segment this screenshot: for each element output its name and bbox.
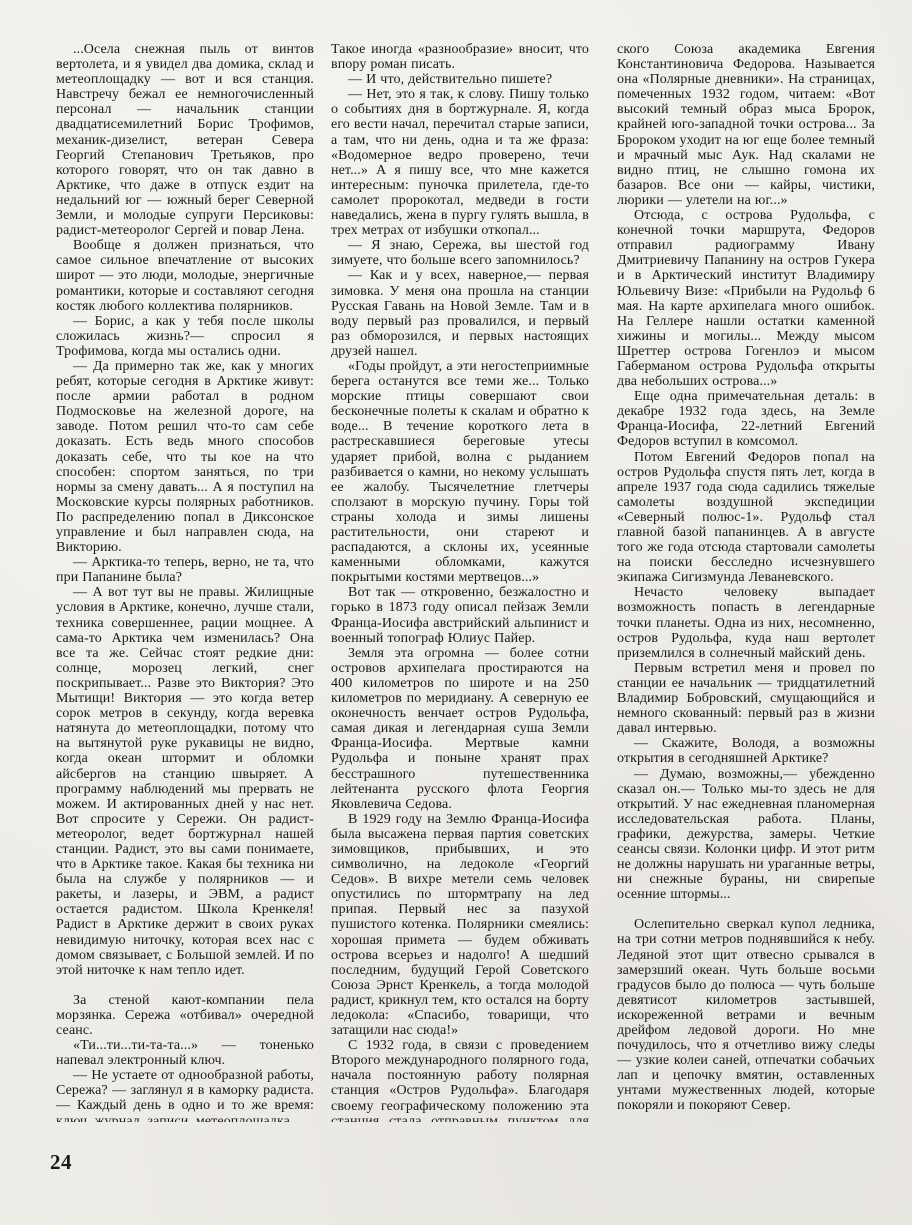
paragraph: — Борис, а как у тебя после школы сложил… (56, 314, 314, 359)
paragraph: — Думаю, возможны,— убежденно сказал он.… (617, 767, 875, 903)
paragraph: — Скажите, Володя, а возможны открытия в… (617, 736, 875, 766)
paragraph: Еще одна примечательная деталь: в декабр… (617, 389, 875, 449)
paragraph: — Да примерно так же, как у многих ребят… (56, 359, 314, 555)
text-column-2: Такое иногда «разнообразие» вносит, что … (331, 42, 589, 1122)
paragraph: Первым встретил меня и провел по станции… (617, 661, 875, 736)
paragraph: Нечасто человеку выпадает возможность по… (617, 585, 875, 660)
paragraph: Ослепительно сверкал купол ледника, на т… (617, 917, 875, 1113)
paragraph: С 1932 года, в связи с проведением Второ… (331, 1038, 589, 1122)
paragraph: — Арктика-то теперь, верно, не та, что п… (56, 555, 314, 585)
paragraph: — А вот тут вы не правы. Жилищные услови… (56, 585, 314, 977)
paragraph-continuation: Такое иногда «разнообразие» вносит, что … (331, 42, 589, 72)
magazine-page: ...Осела снежная пыль от винтов вертолет… (0, 0, 912, 1225)
paragraph: «Ти...ти...ти-та-та...» — тоненько напев… (56, 1038, 314, 1068)
paragraph: ...Осела снежная пыль от винтов вертолет… (56, 42, 314, 238)
text-column-3: ского Союза академика Евгения Константин… (617, 42, 875, 1122)
paragraph: — И что, действительно пишете? (331, 72, 589, 87)
paragraph: Отсюда, с острова Рудольфа, с конечной т… (617, 208, 875, 389)
paragraph: Земля эта огромна — более сотни островов… (331, 646, 589, 812)
paragraph: — Не устаете от однообразной работы, Сер… (56, 1068, 314, 1122)
paragraph: Вот так — откровенно, безжалостно и горь… (331, 585, 589, 645)
text-column-1: ...Осела снежная пыль от винтов вертолет… (56, 42, 314, 1122)
paragraph: — Как и у всех, наверное,— первая зимовк… (331, 268, 589, 359)
page-number: 24 (50, 1150, 72, 1175)
paragraph: За стеной кают-компании пела морзянка. С… (56, 993, 314, 1038)
paragraph: — Нет, это я так, к слову. Пишу только о… (331, 87, 589, 238)
paragraph: Потом Евгений Федоров попал на остров Ру… (617, 450, 875, 586)
paragraph: Вообще я должен признаться, что самое си… (56, 238, 314, 313)
paragraph: — Я знаю, Сережа, вы шестой год зимуете,… (331, 238, 589, 268)
paragraph: «Годы пройдут, а эти негостеприимные бер… (331, 359, 589, 585)
paragraph-continuation: ского Союза академика Евгения Константин… (617, 42, 875, 208)
paragraph: В 1929 году на Землю Франца-Иосифа была … (331, 812, 589, 1038)
